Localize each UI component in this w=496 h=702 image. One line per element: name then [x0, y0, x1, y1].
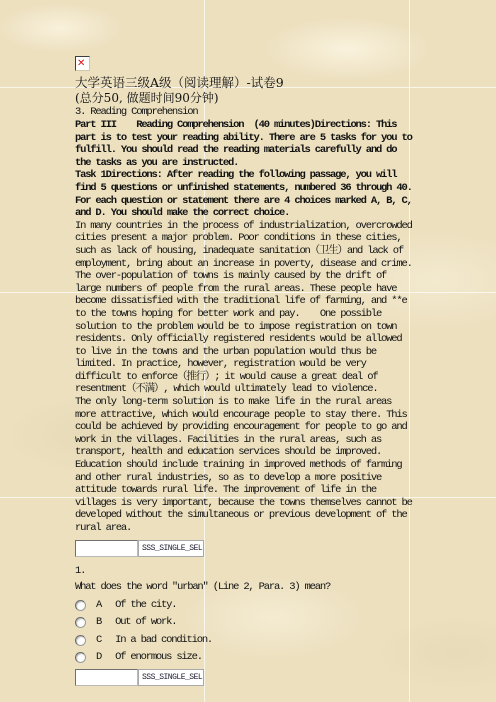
radio-option-d[interactable]	[75, 652, 86, 663]
single-select-tag-top: SSS_SINGLE_SEL	[138, 540, 204, 557]
radio-option-a[interactable]	[75, 600, 86, 611]
answer-widget-bottom: SSS_SINGLE_SEL	[75, 669, 413, 686]
answer-widget-top: SSS_SINGLE_SEL	[75, 540, 413, 557]
answer-input-top[interactable]	[75, 540, 138, 557]
exam-page: { "page": { "title": "大学英语三级A级（阅读理解）-试卷9…	[0, 0, 496, 702]
page-title: 大学英语三级A级（阅读理解）-试卷9	[75, 75, 413, 91]
answer-input-bottom[interactable]	[75, 669, 138, 686]
red-x-icon: ✕	[77, 57, 85, 70]
option-row-a[interactable]: A Of the city.	[75, 599, 413, 611]
section-heading: 3. Reading Comprehension	[75, 106, 413, 119]
option-letter-a: A	[96, 599, 101, 612]
content-column: ✕ 大学英语三级A级（阅读理解）-试卷9 (总分50, 做题时间90分钟) 3.…	[75, 56, 413, 686]
option-letter-b: B	[96, 616, 101, 629]
option-text-d: Of enormous size.	[115, 651, 202, 664]
option-list: A Of the city. B Out of work. C In a bad…	[75, 599, 413, 664]
option-row-b[interactable]: B Out of work.	[75, 617, 413, 629]
radio-option-b[interactable]	[75, 617, 86, 628]
option-text-a: Of the city.	[115, 599, 176, 612]
page-subtitle: (总分50, 做题时间90分钟)	[75, 91, 413, 106]
broken-image-icon: ✕	[75, 56, 90, 71]
option-letter-d: D	[96, 651, 101, 664]
question-number: 1.	[75, 565, 413, 578]
option-text-b: Out of work.	[115, 616, 176, 629]
option-row-c[interactable]: C In a bad condition.	[75, 634, 413, 646]
option-letter-c: C	[96, 634, 101, 647]
radio-option-c[interactable]	[75, 635, 86, 646]
reading-passage: In many countries in the process of indu…	[75, 220, 413, 535]
question-text: What does the word "urban" (Line 2, Para…	[75, 581, 413, 594]
part-directions: Part III Reading Comprehension (40 minut…	[75, 119, 413, 169]
option-text-c: In a bad condition.	[115, 634, 212, 647]
task-directions: Task 1Directions: After reading the foll…	[75, 169, 413, 219]
single-select-tag-bottom: SSS_SINGLE_SEL	[138, 669, 204, 686]
option-row-d[interactable]: D Of enormous size.	[75, 652, 413, 664]
